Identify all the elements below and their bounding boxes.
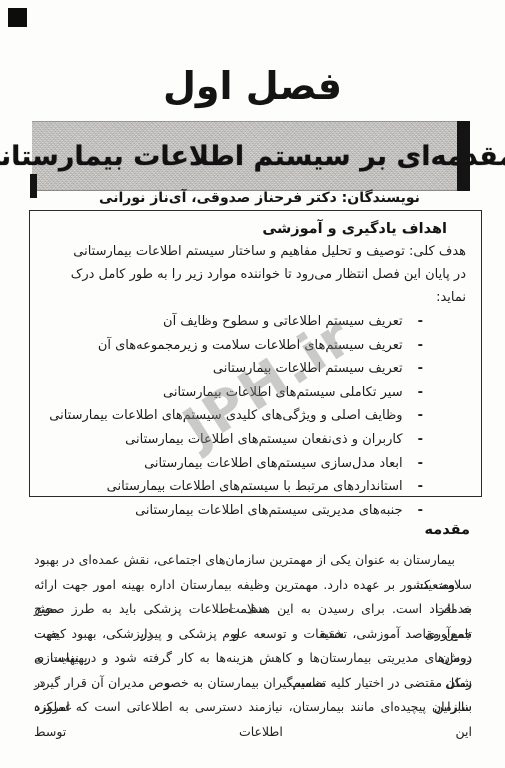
- scanned-book-page: فصل اول مقدمه‌ای بر سیستم اطلاعات بیمارس…: [0, 0, 505, 768]
- banner-title: مقدمه‌ای بر سیستم اطلاعات بیمارستانی: [32, 122, 457, 190]
- objective-item-label: وظایف اصلی و ویژگی‌های کلیدی سیستم‌های ا…: [49, 404, 402, 428]
- objective-item: -تعریف سیستم اطلاعات بیمارستانی: [30, 357, 481, 381]
- objective-item-label: تعریف سیستم‌های اطلاعات سلامت و زیرمجموع…: [98, 334, 403, 358]
- objective-item: -تعریف سیستم‌های اطلاعات سلامت و زیرمجمو…: [30, 334, 481, 358]
- dash-bullet-icon: -: [418, 452, 423, 476]
- dash-bullet-icon: -: [418, 357, 423, 381]
- objective-item: -کاربران و ذی‌نفعان سیستم‌های اطلاعات بی…: [30, 428, 481, 452]
- objective-item: -وظایف اصلی و ویژگی‌های کلیدی سیستم‌های …: [30, 404, 481, 428]
- authors-line: نویسندگان: دکتر فرحناز صدوقی، آی‌ناز نور…: [0, 190, 505, 206]
- objectives-heading: اهداف یادگیری و آموزشی: [30, 219, 447, 240]
- objective-item: -سیر تکاملی سیستم‌های اطلاعات بیمارستانی: [30, 381, 481, 405]
- introduction-heading: مقدمه: [424, 522, 470, 538]
- learning-objectives-box: اهداف یادگیری و آموزشی هدف کلی: توصیف و …: [29, 210, 482, 497]
- objective-item-label: کاربران و ذی‌نفعان سیستم‌های اطلاعات بیم…: [125, 428, 402, 452]
- objective-item-label: جنبه‌های مدیریتی سیستم‌های اطلاعات بیمار…: [135, 499, 403, 523]
- dash-bullet-icon: -: [418, 310, 423, 334]
- objective-item: -استانداردهای مرتبط با سیستم‌های اطلاعات…: [30, 475, 481, 499]
- objective-item-label: سیر تکاملی سیستم‌های اطلاعات بیمارستانی: [163, 381, 403, 405]
- objective-item-label: ابعاد مدل‌سازی سیستم‌های اطلاعات بیمارست…: [144, 452, 403, 476]
- objective-item: -ابعاد مدل‌سازی سیستم‌های اطلاعات بیمارس…: [30, 452, 481, 476]
- dash-bullet-icon: -: [418, 404, 423, 428]
- objectives-list: -تعریف سیستم اطلاعاتی و سطوح وظایف آن -ت…: [30, 310, 481, 522]
- paragraph-line: به افراد است. برای رسیدن به این هدف، اطل…: [34, 597, 472, 622]
- objectives-goal-line: هدف کلی: توصیف و تحلیل مفاهیم و ساختار س…: [40, 240, 466, 263]
- objective-item: -جنبه‌های مدیریتی سیستم‌های اطلاعات بیما…: [30, 499, 481, 523]
- chapter-title: فصل اول: [0, 64, 505, 108]
- dash-bullet-icon: -: [418, 499, 423, 523]
- objective-item: -تعریف سیستم اطلاعاتی و سطوح وظایف آن: [30, 310, 481, 334]
- paragraph-line: سلامت کشور بر عهده دارد. مهمترین وظیفه ب…: [34, 573, 472, 598]
- objective-item-label: تعریف سیستم اطلاعاتی و سطوح وظایف آن: [163, 310, 403, 334]
- paragraph-line: زمان مقتضی در اختیار کلیه تصمیم‌گیران بی…: [34, 671, 472, 696]
- objective-item-label: استانداردهای مرتبط با سیستم‌های اطلاعات …: [107, 475, 403, 499]
- dash-bullet-icon: -: [418, 381, 423, 405]
- dash-bullet-icon: -: [418, 428, 423, 452]
- banner-right-bar: [457, 121, 470, 191]
- paragraph-line: تامین مقاصد آموزشی، تحقیقات و توسعه علوم…: [34, 622, 472, 647]
- objective-item-label: تعریف سیستم اطلاعات بیمارستانی: [213, 357, 403, 381]
- dash-bullet-icon: -: [418, 334, 423, 358]
- paragraph-line: روش‌های مدیریتی بیمارستان‌ها و کاهش هزین…: [34, 646, 472, 671]
- dash-bullet-icon: -: [418, 475, 423, 499]
- chapter-banner: مقدمه‌ای بر سیستم اطلاعات بیمارستانی: [32, 121, 470, 191]
- paragraph-line: سازمان پیچیده‌ای مانند بیمارستان، نیازمن…: [34, 695, 472, 720]
- scan-corner-mark-icon: [8, 8, 27, 27]
- introduction-paragraph: بیمارستان به عنوان یکی از مهمترین سازمان…: [34, 548, 472, 720]
- paragraph-line: بیمارستان به عنوان یکی از مهمترین سازمان…: [34, 548, 472, 573]
- objectives-expectation-line: در پایان این فصل انتظار می‌رود تا خوانند…: [40, 263, 466, 309]
